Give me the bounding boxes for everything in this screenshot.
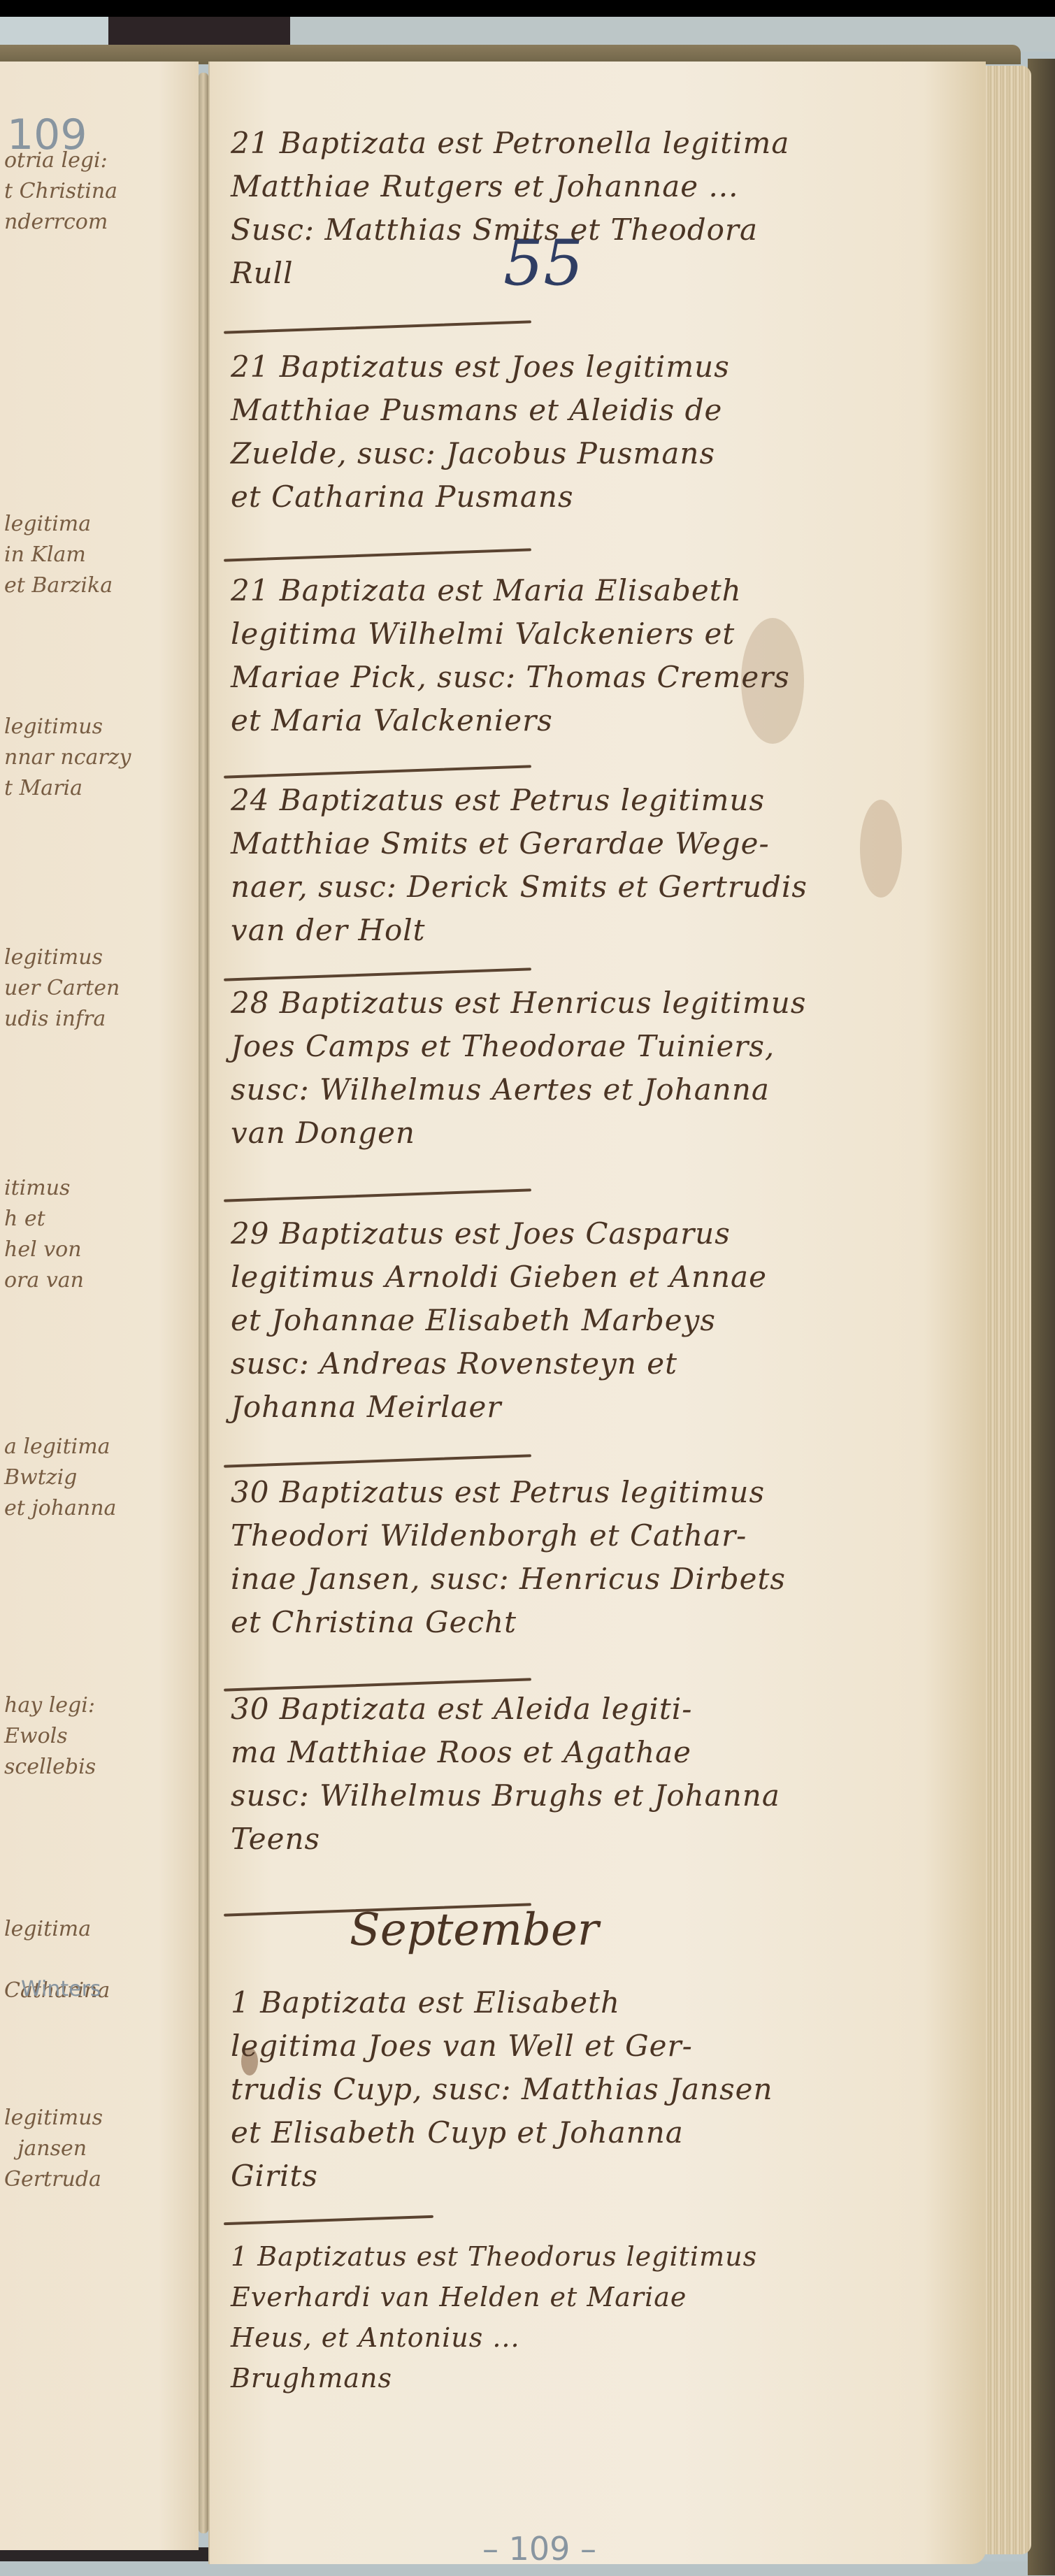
backdrop <box>0 17 108 45</box>
entry-line: et Elisabeth Cuyp et Johanna <box>231 2111 972 2154</box>
entry-line: 29 Baptizatus est Joes Casparus <box>231 1212 972 1255</box>
entry-line: 21 Baptizata est Maria Elisabeth <box>231 569 972 612</box>
baptism-entry: 1 Baptizatus est Theodorus legitimus Eve… <box>231 2236 972 2398</box>
left-fragment: legitima in Klam et Barzika <box>4 509 113 601</box>
entry-line: et Johannae Elisabeth Marbeys <box>231 1299 972 1342</box>
entry-line: 30 Baptizatus est Petrus legitimus <box>231 1471 972 1514</box>
left-fragment: legitimus jansen Gertruda <box>4 2103 103 2195</box>
entry-line: Rull <box>231 252 972 295</box>
left-fragment: a legitima Bwtzig et johanna <box>4 1432 116 1524</box>
entry-line: et Maria Valckeniers <box>231 699 972 742</box>
entry-line: susc: Wilhelmus Aertes et Johanna <box>231 1068 972 1111</box>
entry-line: legitima Wilhelmi Valckeniers et <box>231 612 972 656</box>
entry-line: et Catharina Pusmans <box>231 475 972 519</box>
entry-line: legitima Joes van Well et Ger- <box>231 2024 972 2068</box>
month-heading: September <box>350 1904 598 1956</box>
entry-line: Heus, et Antonius ... <box>231 2317 972 2358</box>
entry-line: Susc: Matthias Smits et Theodora <box>231 208 972 252</box>
entry-line: Zuelde, susc: Jacobus Pusmans <box>231 432 972 475</box>
page-block-edges <box>982 66 1031 2554</box>
left-page: 109 otria legi: t Christina nderrcom leg… <box>0 62 199 2550</box>
entry-line: et Christina Gecht <box>231 1601 972 1644</box>
entry-line: Matthiae Smits et Gerardae Wege- <box>231 822 972 865</box>
entry-line: Mariae Pick, susc: Thomas Cremers <box>231 656 972 699</box>
entry-line: Girits <box>231 2154 972 2198</box>
entry-line: inae Jansen, susc: Henricus Dirbets <box>231 1557 972 1601</box>
left-fragment: legitimus nnar ncarzy t Maria <box>4 712 131 804</box>
entry-line: susc: Wilhelmus Brughs et Johanna <box>231 1774 972 1818</box>
entry-line: trudis Cuyp, susc: Matthias Jansen <box>231 2068 972 2111</box>
bottom-folio-number: – 109 – <box>482 2530 596 2568</box>
entry-line: Theodori Wildenborgh et Cathar- <box>231 1514 972 1557</box>
left-fragment: legitimus uer Carten udis infra <box>4 942 120 1035</box>
entry-line: Joes Camps et Theodorae Tuiniers, <box>231 1025 972 1068</box>
baptism-entry: 21 Baptizata est Petronella legitima Mat… <box>231 122 972 295</box>
scanned-book-photo: 109 otria legi: t Christina nderrcom leg… <box>0 17 1055 2576</box>
entry-line: Matthiae Rutgers et Johannae ... <box>231 165 972 208</box>
entry-line: Teens <box>231 1818 972 1861</box>
left-fragment: itimus h et hel von ora van <box>4 1173 84 1296</box>
left-fragment: hay legi: Ewols scellebis <box>4 1690 96 1783</box>
baptism-entry: 29 Baptizatus est Joes Casparus legitimu… <box>231 1212 972 1429</box>
entry-line: 21 Baptizata est Petronella legitima <box>231 122 972 165</box>
entry-line: Johanna Meirlaer <box>231 1386 972 1429</box>
baptism-entry: 30 Baptizatus est Petrus legitimus Theod… <box>231 1471 972 1644</box>
entry-line: 24 Baptizatus est Petrus legitimus <box>231 779 972 822</box>
book-back-cover <box>1028 59 1055 2575</box>
entry-line: ma Matthiae Roos et Agathae <box>231 1731 972 1774</box>
baptism-entry: 1 Baptizata est Elisabeth legitima Joes … <box>231 1981 972 2198</box>
baptism-entry: 24 Baptizatus est Petrus legitimus Matth… <box>231 779 972 952</box>
entry-line: van Dongen <box>231 1111 972 1155</box>
entry-line: 1 Baptizatus est Theodorus legitimus <box>231 2236 972 2277</box>
entry-line: 21 Baptizatus est Joes legitimus <box>231 345 972 389</box>
entry-line: Brughmans <box>231 2358 972 2398</box>
left-page-edge <box>199 73 208 2533</box>
entry-line: 1 Baptizata est Elisabeth <box>231 1981 972 2024</box>
baptism-entry: 21 Baptizatus est Joes legitimus Matthia… <box>231 345 972 519</box>
entry-line: legitimus Arnoldi Gieben et Annae <box>231 1255 972 1299</box>
file-info-header: /Personenstandsarchiv_Bruehl/Kirchenbuec… <box>0 0 1055 17</box>
entry-line: 28 Baptizatus est Henricus legitimus <box>231 981 972 1025</box>
baptism-entry: 30 Baptizata est Aleida legiti- ma Matth… <box>231 1688 972 1861</box>
entry-line: Matthiae Pusmans et Aleidis de <box>231 389 972 432</box>
left-fragment: otria legi: t Christina nderrcom <box>4 145 117 238</box>
pencil-note: Winters <box>21 1977 101 2001</box>
baptism-entry: 21 Baptizata est Maria Elisabeth legitim… <box>231 569 972 742</box>
entry-line: Everhardi van Helden et Mariae <box>231 2277 972 2317</box>
baptism-entry: 28 Baptizatus est Henricus legitimus Joe… <box>231 981 972 1155</box>
entry-line: susc: Andreas Rovensteyn et <box>231 1342 972 1386</box>
entry-line: naer, susc: Derick Smits et Gertrudis <box>231 865 972 909</box>
entry-line: 30 Baptizata est Aleida legiti- <box>231 1688 972 1731</box>
entry-line: van der Holt <box>231 909 972 952</box>
